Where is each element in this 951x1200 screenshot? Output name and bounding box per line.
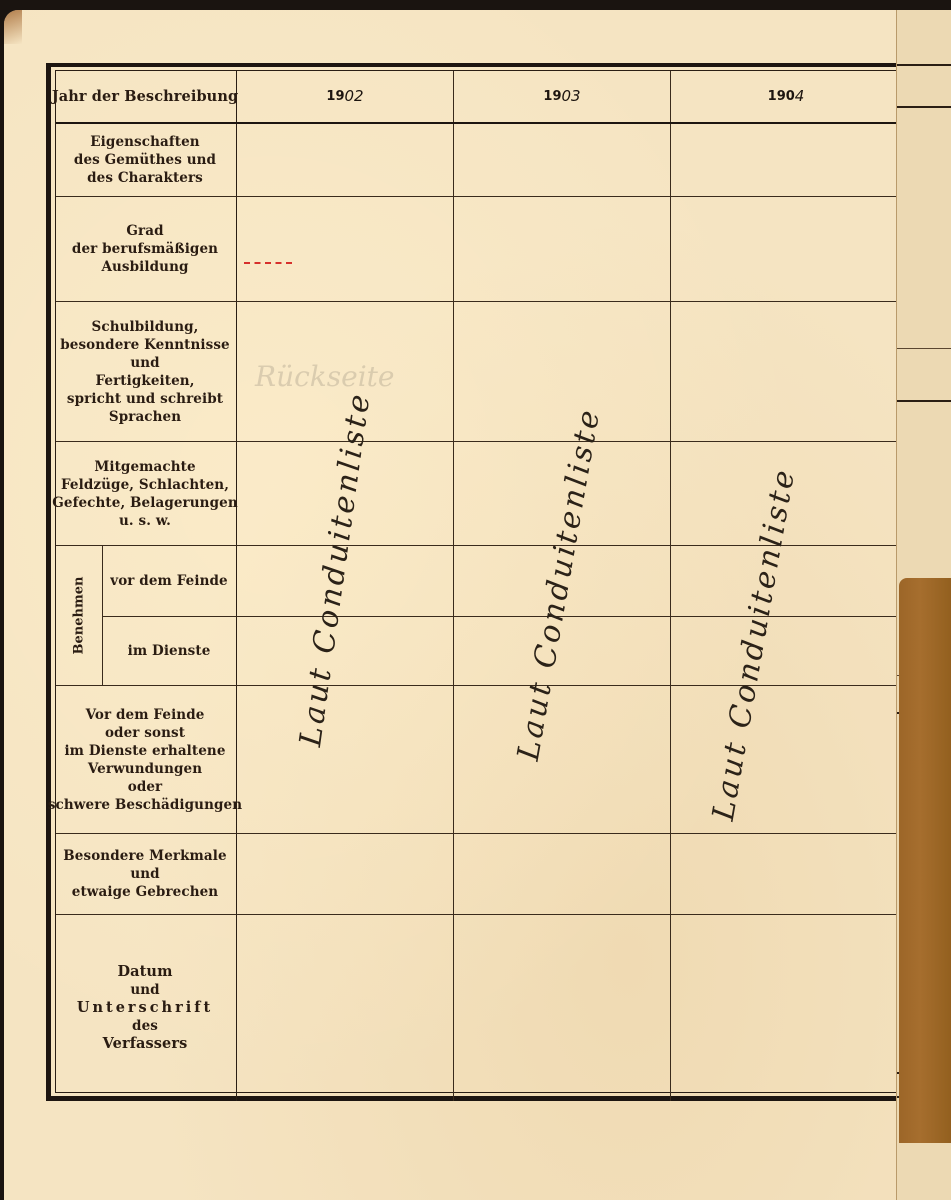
row-label-signature: Datum und Unterschrift des Verfassers [56, 915, 234, 1101]
row-label-campaigns: Mitgemachte Feldzüge, Schlachten, Gefech… [56, 442, 234, 545]
row-label-wounds: Vor dem Feinde oder sonst im Dienste erh… [56, 686, 234, 833]
row-label-conduct-service: im Dienste [104, 617, 234, 685]
row-label-conduct-enemy: vor dem Feinde [104, 546, 234, 616]
adhesive-tape-strip [899, 578, 951, 1143]
year-1902: 1902 [237, 71, 453, 121]
row-label-features: Besondere Merkmale und etwaige Gebrechen [56, 834, 234, 914]
row-group-label-conduct: Benehmen [56, 546, 102, 685]
year-1904: 1904 [671, 71, 901, 121]
row-label-training: Grad der berufsmäßigen Ausbildung [56, 197, 234, 301]
corner-stain [4, 10, 22, 44]
red-pencil-mark [244, 262, 292, 269]
row-label-character: Eigenschaften des Gemüthes und des Chara… [56, 123, 234, 196]
year-1903: 1903 [454, 71, 670, 121]
row-label-education: Schulbildung, besondere Kenntnisse und F… [56, 302, 234, 441]
header-label-year: Jahr der Beschreibung [56, 71, 234, 122]
